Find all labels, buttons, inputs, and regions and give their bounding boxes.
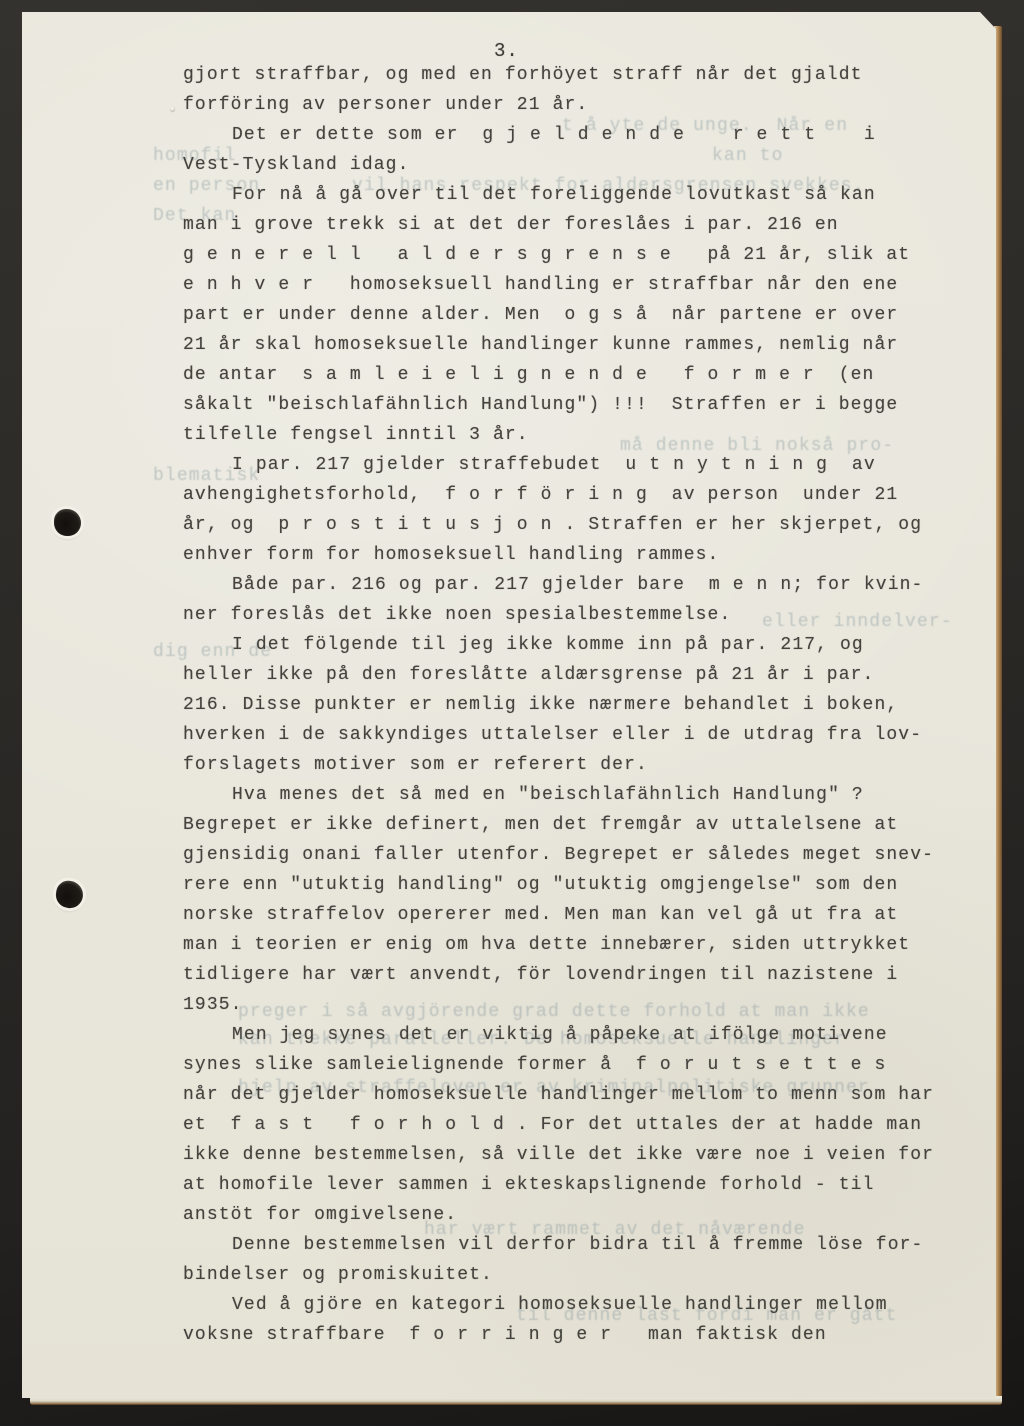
text-line: såkalt "beischlafähnlich Handlung") !!! … bbox=[183, 390, 983, 420]
text-line: avhengighetsforhold, f o r f ö r i n g a… bbox=[183, 480, 983, 510]
text-line: Ved å gjöre en kategori homoseksuelle ha… bbox=[183, 1290, 983, 1320]
paper-speck bbox=[170, 106, 175, 111]
text-line: Det er dette som er g j e l d e n d e r … bbox=[183, 120, 983, 150]
text-line: Begrepet er ikke definert, men det fremg… bbox=[183, 810, 983, 840]
text-line: 21 år skal homoseksuelle handlinger kunn… bbox=[183, 330, 983, 360]
punch-hole-top bbox=[54, 509, 81, 536]
punch-hole-bottom bbox=[54, 879, 84, 909]
text-line: For nå å gå over til det foreliggende lo… bbox=[183, 180, 983, 210]
text-line: norske straffelov opererer med. Men man … bbox=[183, 900, 983, 930]
text-line: bindelser og promiskuitet. bbox=[183, 1260, 983, 1290]
text-line: I par. 217 gjelder straffebudet u t n y … bbox=[183, 450, 983, 480]
text-line: tidligere har vært anvendt, för lovendri… bbox=[183, 960, 983, 990]
text-line: Denne bestemmelsen vil derfor bidra til … bbox=[183, 1230, 983, 1260]
text-line: g e n e r e l l a l d e r s g r e n s e … bbox=[183, 240, 983, 270]
text-line: forslagets motiver som er referert der. bbox=[183, 750, 983, 780]
text-line: Men jeg synes det er viktig å påpeke at … bbox=[183, 1020, 983, 1050]
text-line: rere enn "utuktig handling" og "utuktig … bbox=[183, 870, 983, 900]
text-line: part er under denne alder. Men o g s å n… bbox=[183, 300, 983, 330]
text-line: e n h v e r homoseksuell handling er str… bbox=[183, 270, 983, 300]
text-line: gjort straffbar, og med en forhöyet stra… bbox=[183, 60, 983, 90]
text-line: tilfelle fengsel inntil 3 år. bbox=[183, 420, 983, 450]
text-line: ikke denne bestemmelsen, så ville det ik… bbox=[183, 1140, 983, 1170]
text-line: 216. Disse punkter er nemlig ikke nærmer… bbox=[183, 690, 983, 720]
desk-background: t å yte de unge. Når enhomofilkan toen p… bbox=[0, 0, 1024, 1426]
text-line: voksne straffbare f o r r i n g e r man … bbox=[183, 1320, 983, 1350]
text-line: 1935. bbox=[183, 990, 983, 1020]
page-number: 3. bbox=[494, 40, 519, 62]
text-line: Både par. 216 og par. 217 gjelder bare m… bbox=[183, 570, 983, 600]
text-line: I det fölgende til jeg ikke komme inn på… bbox=[183, 630, 983, 660]
text-line: når det gjelder homoseksuelle handlinger… bbox=[183, 1080, 983, 1110]
text-line: ner foreslås det ikke noen spesialbestem… bbox=[183, 600, 983, 630]
text-line: år, og p r o s t i t u s j o n . Straffe… bbox=[183, 510, 983, 540]
text-line: Vest-Tyskland idag. bbox=[183, 150, 983, 180]
text-line: man i teorien er enig om hva dette inneb… bbox=[183, 930, 983, 960]
typewritten-text-block: gjort straffbar, og med en forhöyet stra… bbox=[183, 60, 983, 1350]
text-line: forföring av personer under 21 år. bbox=[183, 90, 983, 120]
text-line: hverken i de sakkyndiges uttalelser elle… bbox=[183, 720, 983, 750]
text-line: de antar s a m l e i e l i g n e n d e f… bbox=[183, 360, 983, 390]
text-line: man i grove trekk si at det der foreslåe… bbox=[183, 210, 983, 240]
text-line: gjensidig onani faller utenfor. Begrepet… bbox=[183, 840, 983, 870]
text-line: enhver form for homoseksuell handling ra… bbox=[183, 540, 983, 570]
document-page: t å yte de unge. Når enhomofilkan toen p… bbox=[22, 12, 996, 1398]
text-line: anstöt for omgivelsene. bbox=[183, 1200, 983, 1230]
text-line: et f a s t f o r h o l d . For det uttal… bbox=[183, 1110, 983, 1140]
text-line: heller ikke på den foreslåtte aldærsgren… bbox=[183, 660, 983, 690]
text-line: at homofile lever sammen i ekteskapslign… bbox=[183, 1170, 983, 1200]
text-line: synes slike samleielignende former å f o… bbox=[183, 1050, 983, 1080]
text-line: Hva menes det så med en "beischlafähnlic… bbox=[183, 780, 983, 810]
